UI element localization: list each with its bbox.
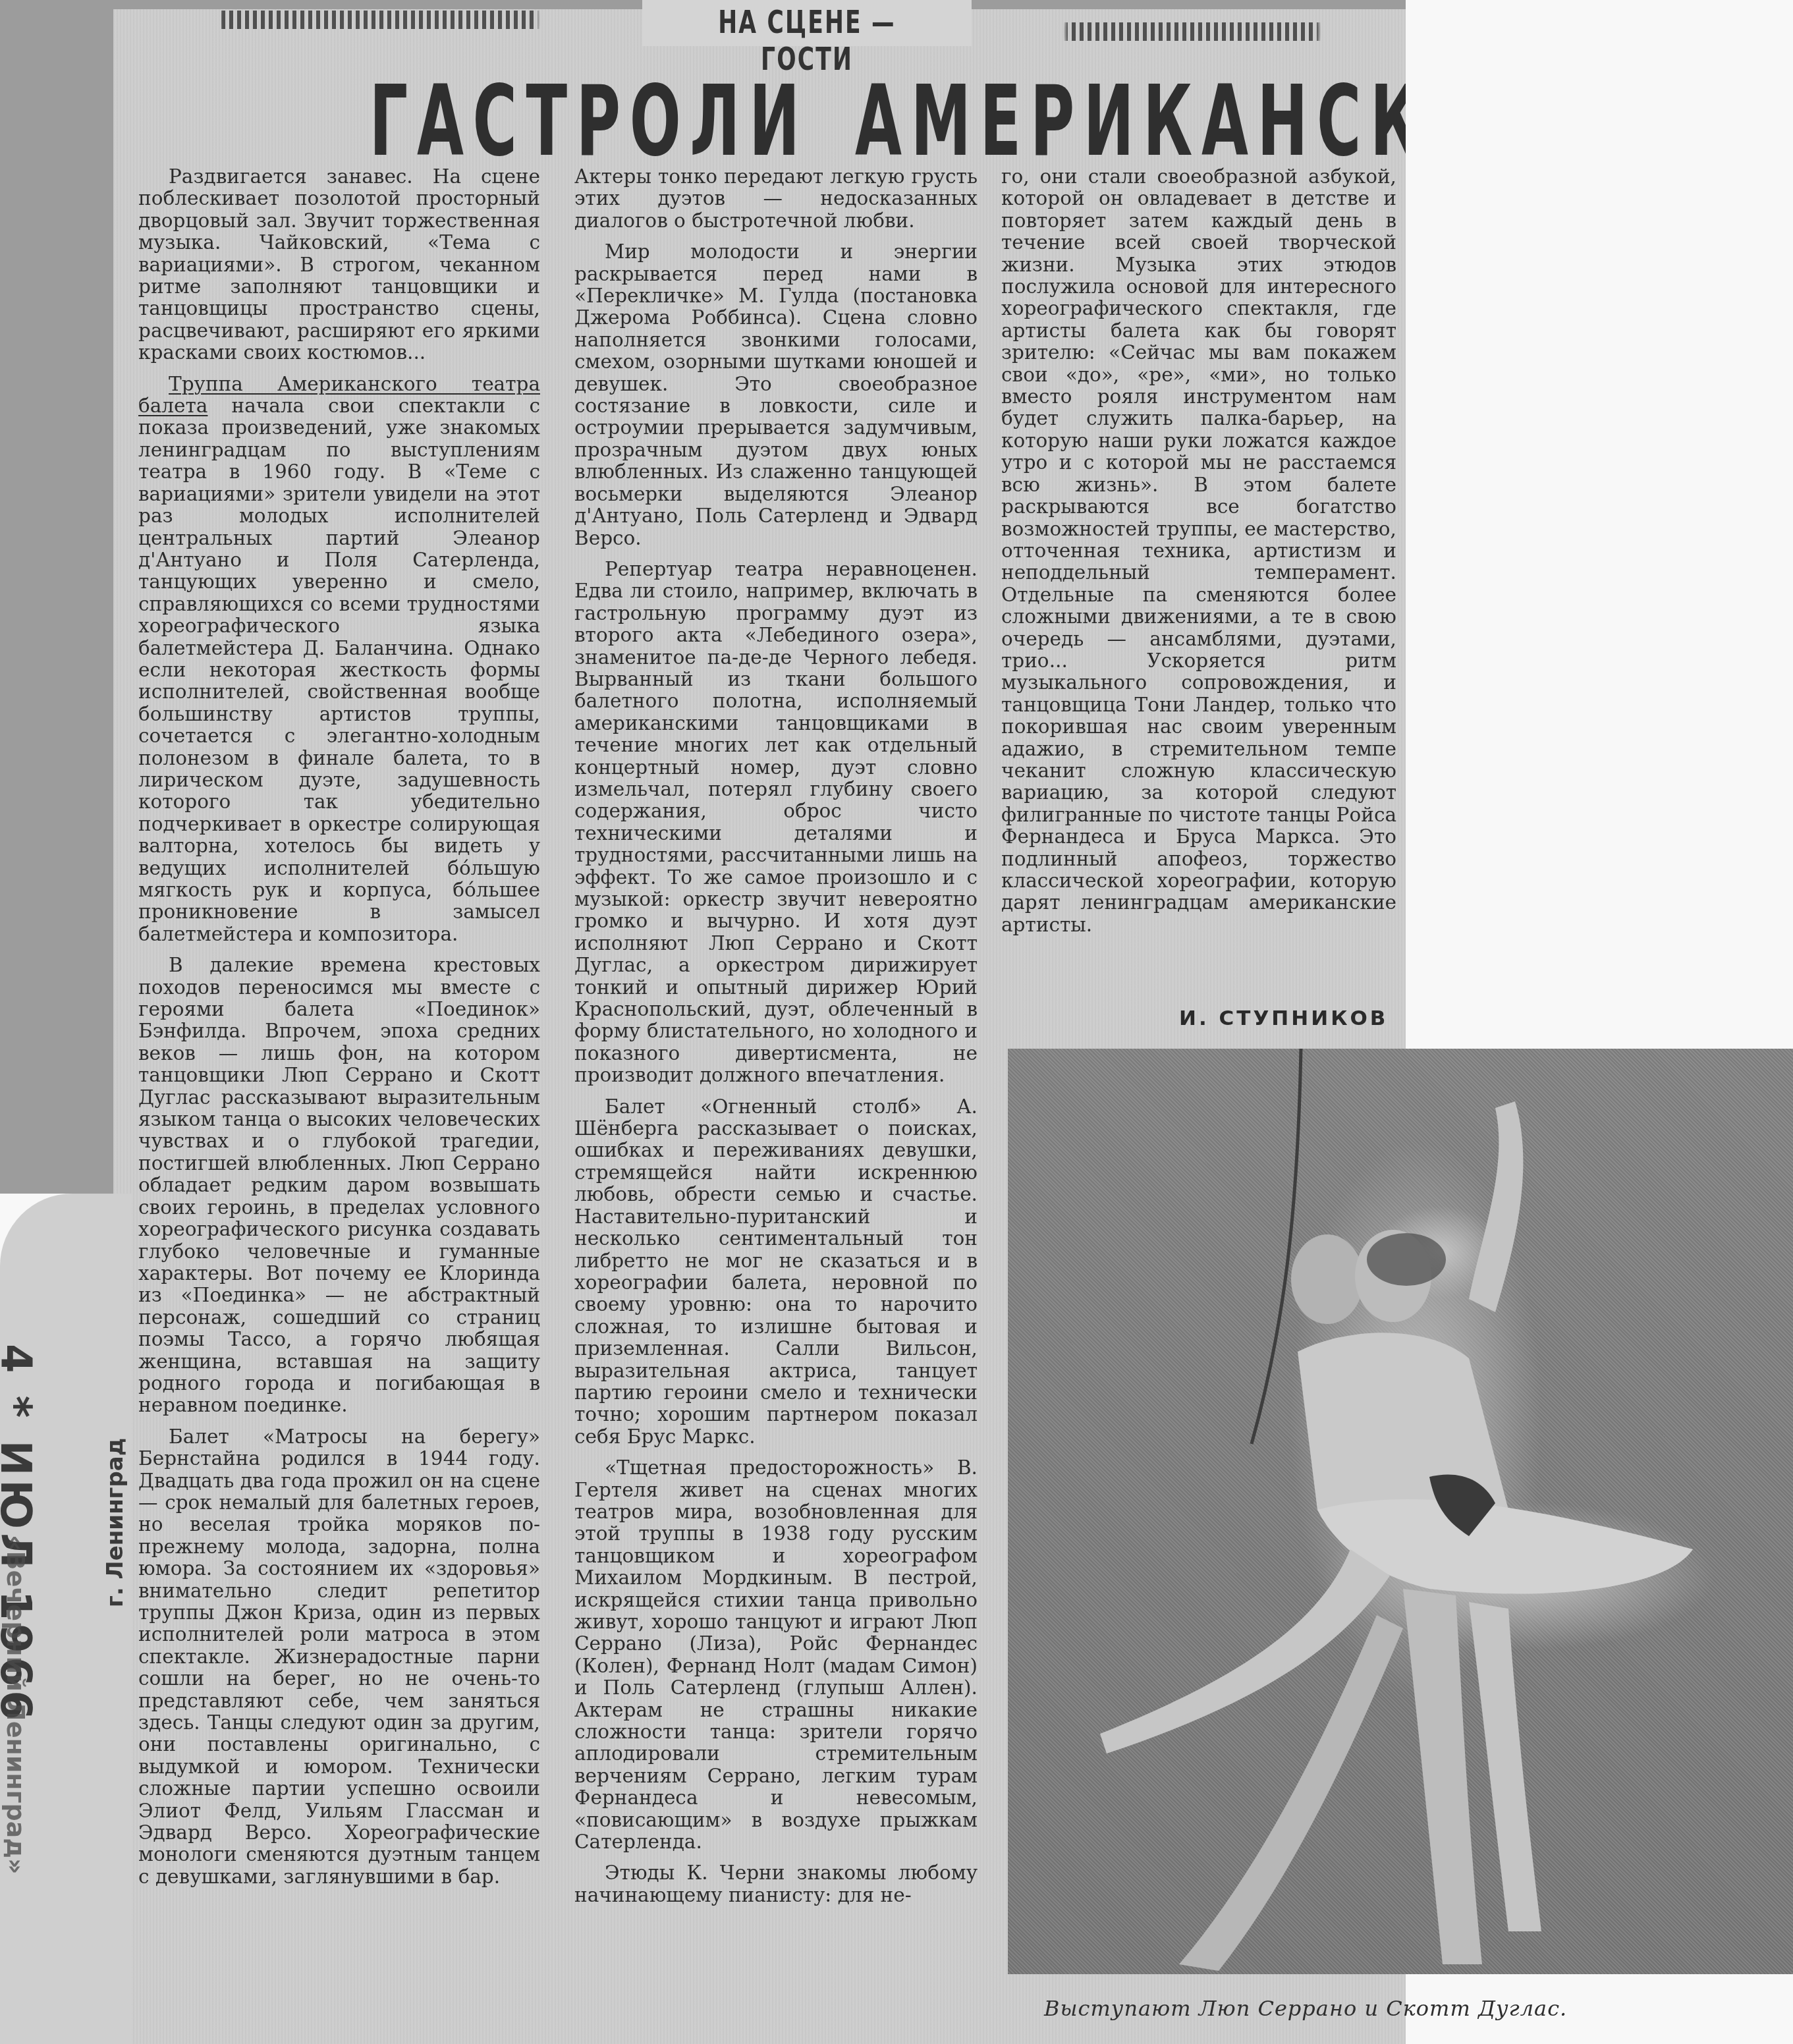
ballet-photo — [1008, 1049, 1793, 1974]
headline: ГАСТРОЛИ АМЕРИКАНСКОГО БАЛЕТА — [370, 65, 1113, 178]
paragraph: Актеры тонко передают легкую грусть этих… — [574, 166, 978, 232]
paragraph: Репертуар театра неравноценен. Едва ли с… — [574, 559, 978, 1087]
paragraph: Балет «Матросы на берегу» Бернстайна род… — [138, 1426, 540, 1889]
paragraph: го, они стали своеобразной азбукой, кото… — [1001, 166, 1396, 936]
stamp-newspaper: «Вечерний Ленинград» — [1, 1535, 30, 1875]
paragraph: Раздвигается занавес. На сцене поблескив… — [138, 166, 540, 364]
dancers-silhouette-icon — [1008, 1049, 1793, 1974]
scanner-background-left — [0, 0, 113, 1194]
paragraph: Этюды К. Черни знакомы любому начинающем… — [574, 1862, 978, 1906]
paragraph: Балет «Огненный столб» А. Шёнберга расск… — [574, 1096, 978, 1449]
paragraph: В далекие времена крестовых походов пере… — [138, 954, 540, 1417]
article-column-1: Раздвигается занавес. На сцене поблескив… — [138, 166, 540, 1897]
paragraph: Мир молодости и энергии раскрывается пер… — [574, 241, 978, 549]
blank-margin — [1406, 0, 1793, 1047]
rubric-ornament-right — [985, 22, 1400, 41]
article-column-3: го, они стали своеобразной азбукой, кото… — [1001, 166, 1396, 945]
rubric-ornament-left — [119, 11, 639, 29]
paragraph: «Тщетная предосторожность» В. Гертеля жи… — [574, 1457, 978, 1853]
photo-caption: Выступают Люп Серрано и Скотт Дуглас. — [1044, 1996, 1567, 2021]
paragraph-text: начала свои спектакли с показа произведе… — [138, 395, 540, 945]
author-byline: И. СТУПНИКОВ — [1179, 1007, 1388, 1030]
paragraph: Труппа Американского театра балета начал… — [138, 373, 540, 946]
stamp-city: г. Ленинград — [102, 1438, 128, 1607]
article-column-2: Актеры тонко передают легкую грусть этих… — [574, 166, 978, 1916]
